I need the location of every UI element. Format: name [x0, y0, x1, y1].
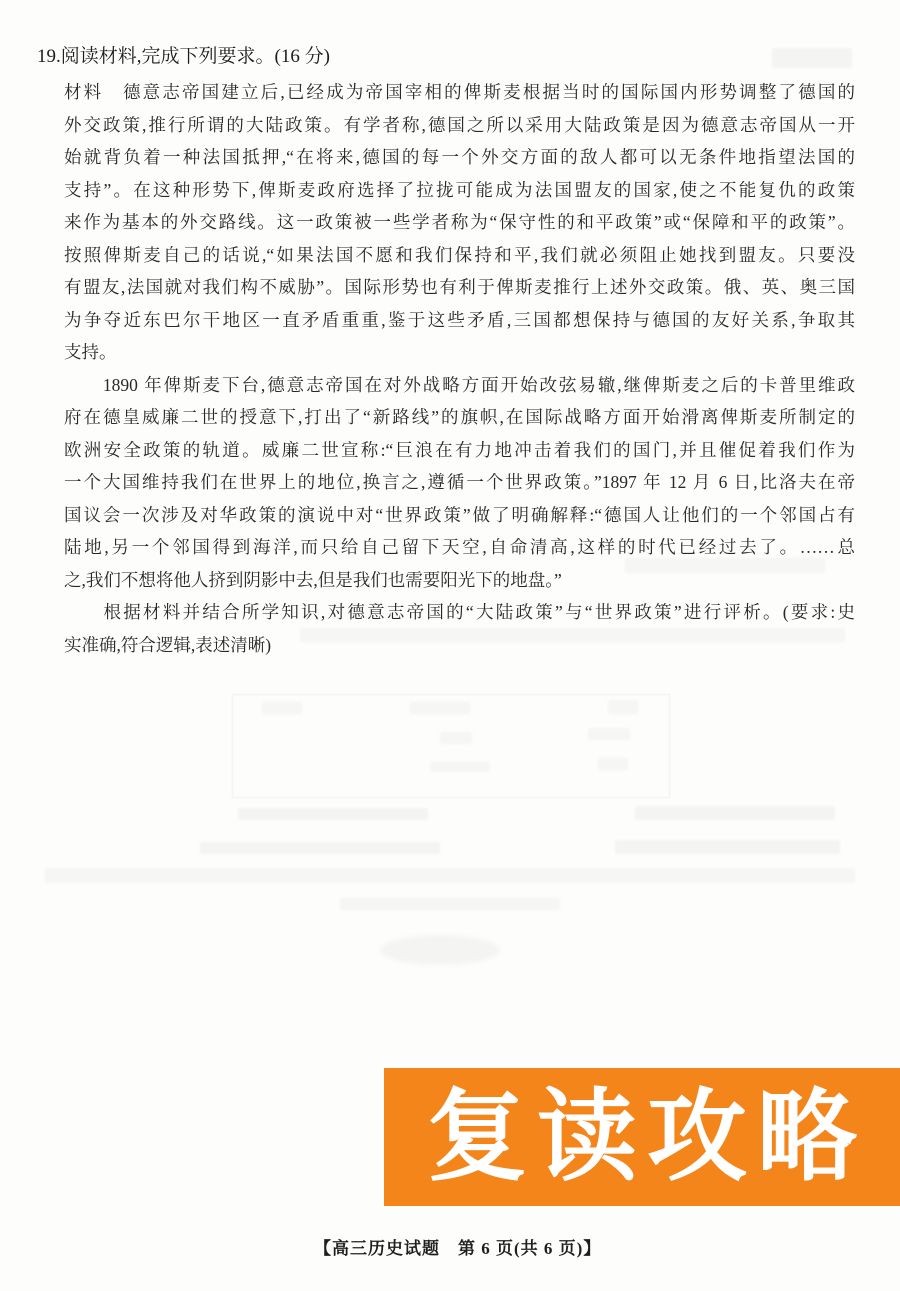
- promo-banner: 复读攻略: [384, 1068, 900, 1206]
- text-line: 实准确,符合逻辑,表述清晰): [64, 629, 855, 662]
- bleed-through-mark: [380, 935, 500, 965]
- page-footer: 【高三历史试题 第 6 页(共 6 页)】: [314, 1234, 601, 1259]
- bleed-through-mark: [615, 840, 840, 854]
- bleed-through-mark: [200, 842, 440, 854]
- text-line: 按照俾斯麦自己的话说,“如果法国不愿和我们保持和平,我们就必须阻止她找到盟友。只…: [64, 239, 855, 272]
- exam-page: 19.阅读材料,完成下列要求。(16 分) 材料 德意志帝国建立后,已经成为帝国…: [0, 0, 900, 1291]
- text-line: 有盟友,法国就对我们构不威胁”。国际形势也有利于俾斯麦推行上述外交政策。俄、英、…: [64, 271, 855, 304]
- text-line: 为争夺近东巴尔干地区一直矛盾重重,鉴于这些矛盾,三国都想保持与德国的友好关系,争…: [64, 304, 855, 337]
- text-line: 根据材料并结合所学知识,对德意志帝国的“大陆政策”与“世界政策”进行评析。(要求…: [64, 596, 855, 629]
- material-text: 材料 德意志帝国建立后,已经成为帝国宰相的俾斯麦根据当时的国际国内形势调整了德国…: [64, 76, 855, 661]
- text-line: 之,我们不想将他人挤到阴影中去,但是我们也需要阳光下的地盘。”: [64, 564, 855, 597]
- text-line: 欧洲安全政策的轨道。威廉二世宣称:“巨浪在有力地冲击着我们的国门,并且催促着我们…: [64, 434, 855, 467]
- bleed-through-box: [232, 694, 670, 798]
- promo-banner-text: 复读攻略: [427, 1087, 867, 1187]
- text-line: 来作为基本的外交路线。这一政策被一些学者称为“保守性的和平政策”或“保障和平的政…: [64, 206, 855, 239]
- text-line: 1890 年俾斯麦下台,德意志帝国在对外战略方面开始改弦易辙,继俾斯麦之后的卡普…: [64, 369, 855, 402]
- material-paragraph-1: 材料 德意志帝国建立后,已经成为帝国宰相的俾斯麦根据当时的国际国内形势调整了德国…: [64, 76, 855, 369]
- bleed-through-mark: [340, 898, 560, 910]
- bleed-through-mark: [45, 868, 855, 883]
- bleed-through-mark: [440, 732, 472, 744]
- bleed-through-mark: [635, 806, 835, 820]
- text-line: 始就背负着一种法国抵押,“在将来,德国的每一个外交方面的敌人都可以无条件地指望法…: [64, 141, 855, 174]
- bleed-through-mark: [238, 808, 428, 820]
- bleed-through-mark: [588, 728, 630, 740]
- text-line: 材料 德意志帝国建立后,已经成为帝国宰相的俾斯麦根据当时的国际国内形势调整了德国…: [64, 76, 855, 109]
- text-line: 国议会一次涉及对华政策的演说中对“世界政策”做了明确解释:“德国人让他们的一个邻…: [64, 499, 855, 532]
- text-line: 一个大国维持我们在世界上的地位,换言之,遵循一个世界政策。”1897 年 12 …: [64, 466, 855, 499]
- question-header: 19.阅读材料,完成下列要求。(16 分): [37, 42, 867, 72]
- bleed-through-mark: [430, 762, 490, 772]
- task-paragraph: 根据材料并结合所学知识,对德意志帝国的“大陆政策”与“世界政策”进行评析。(要求…: [64, 596, 855, 661]
- bleed-through-mark: [262, 702, 302, 714]
- text-line: 府在德皇威廉二世的授意下,打出了“新路线”的旗帜,在国际战略方面开始滑离俾斯麦所…: [64, 401, 855, 434]
- bleed-through-mark: [608, 700, 638, 714]
- bleed-through-mark: [598, 758, 628, 770]
- text-line: 陆地,另一个邻国得到海洋,而只给自己留下天空,自命清高,这样的时代已经过去了。……: [64, 531, 855, 564]
- text-line: 支持”。在这种形势下,俾斯麦政府选择了拉拢可能成为法国盟友的国家,使之不能复仇的…: [64, 174, 855, 207]
- material-paragraph-2: 1890 年俾斯麦下台,德意志帝国在对外战略方面开始改弦易辙,继俾斯麦之后的卡普…: [64, 369, 855, 597]
- text-line: 支持。: [64, 336, 855, 369]
- text-line: 外交政策,推行所谓的大陆政策。有学者称,德国之所以采用大陆政策是因为德意志帝国从…: [64, 109, 855, 142]
- bleed-through-mark: [410, 702, 470, 714]
